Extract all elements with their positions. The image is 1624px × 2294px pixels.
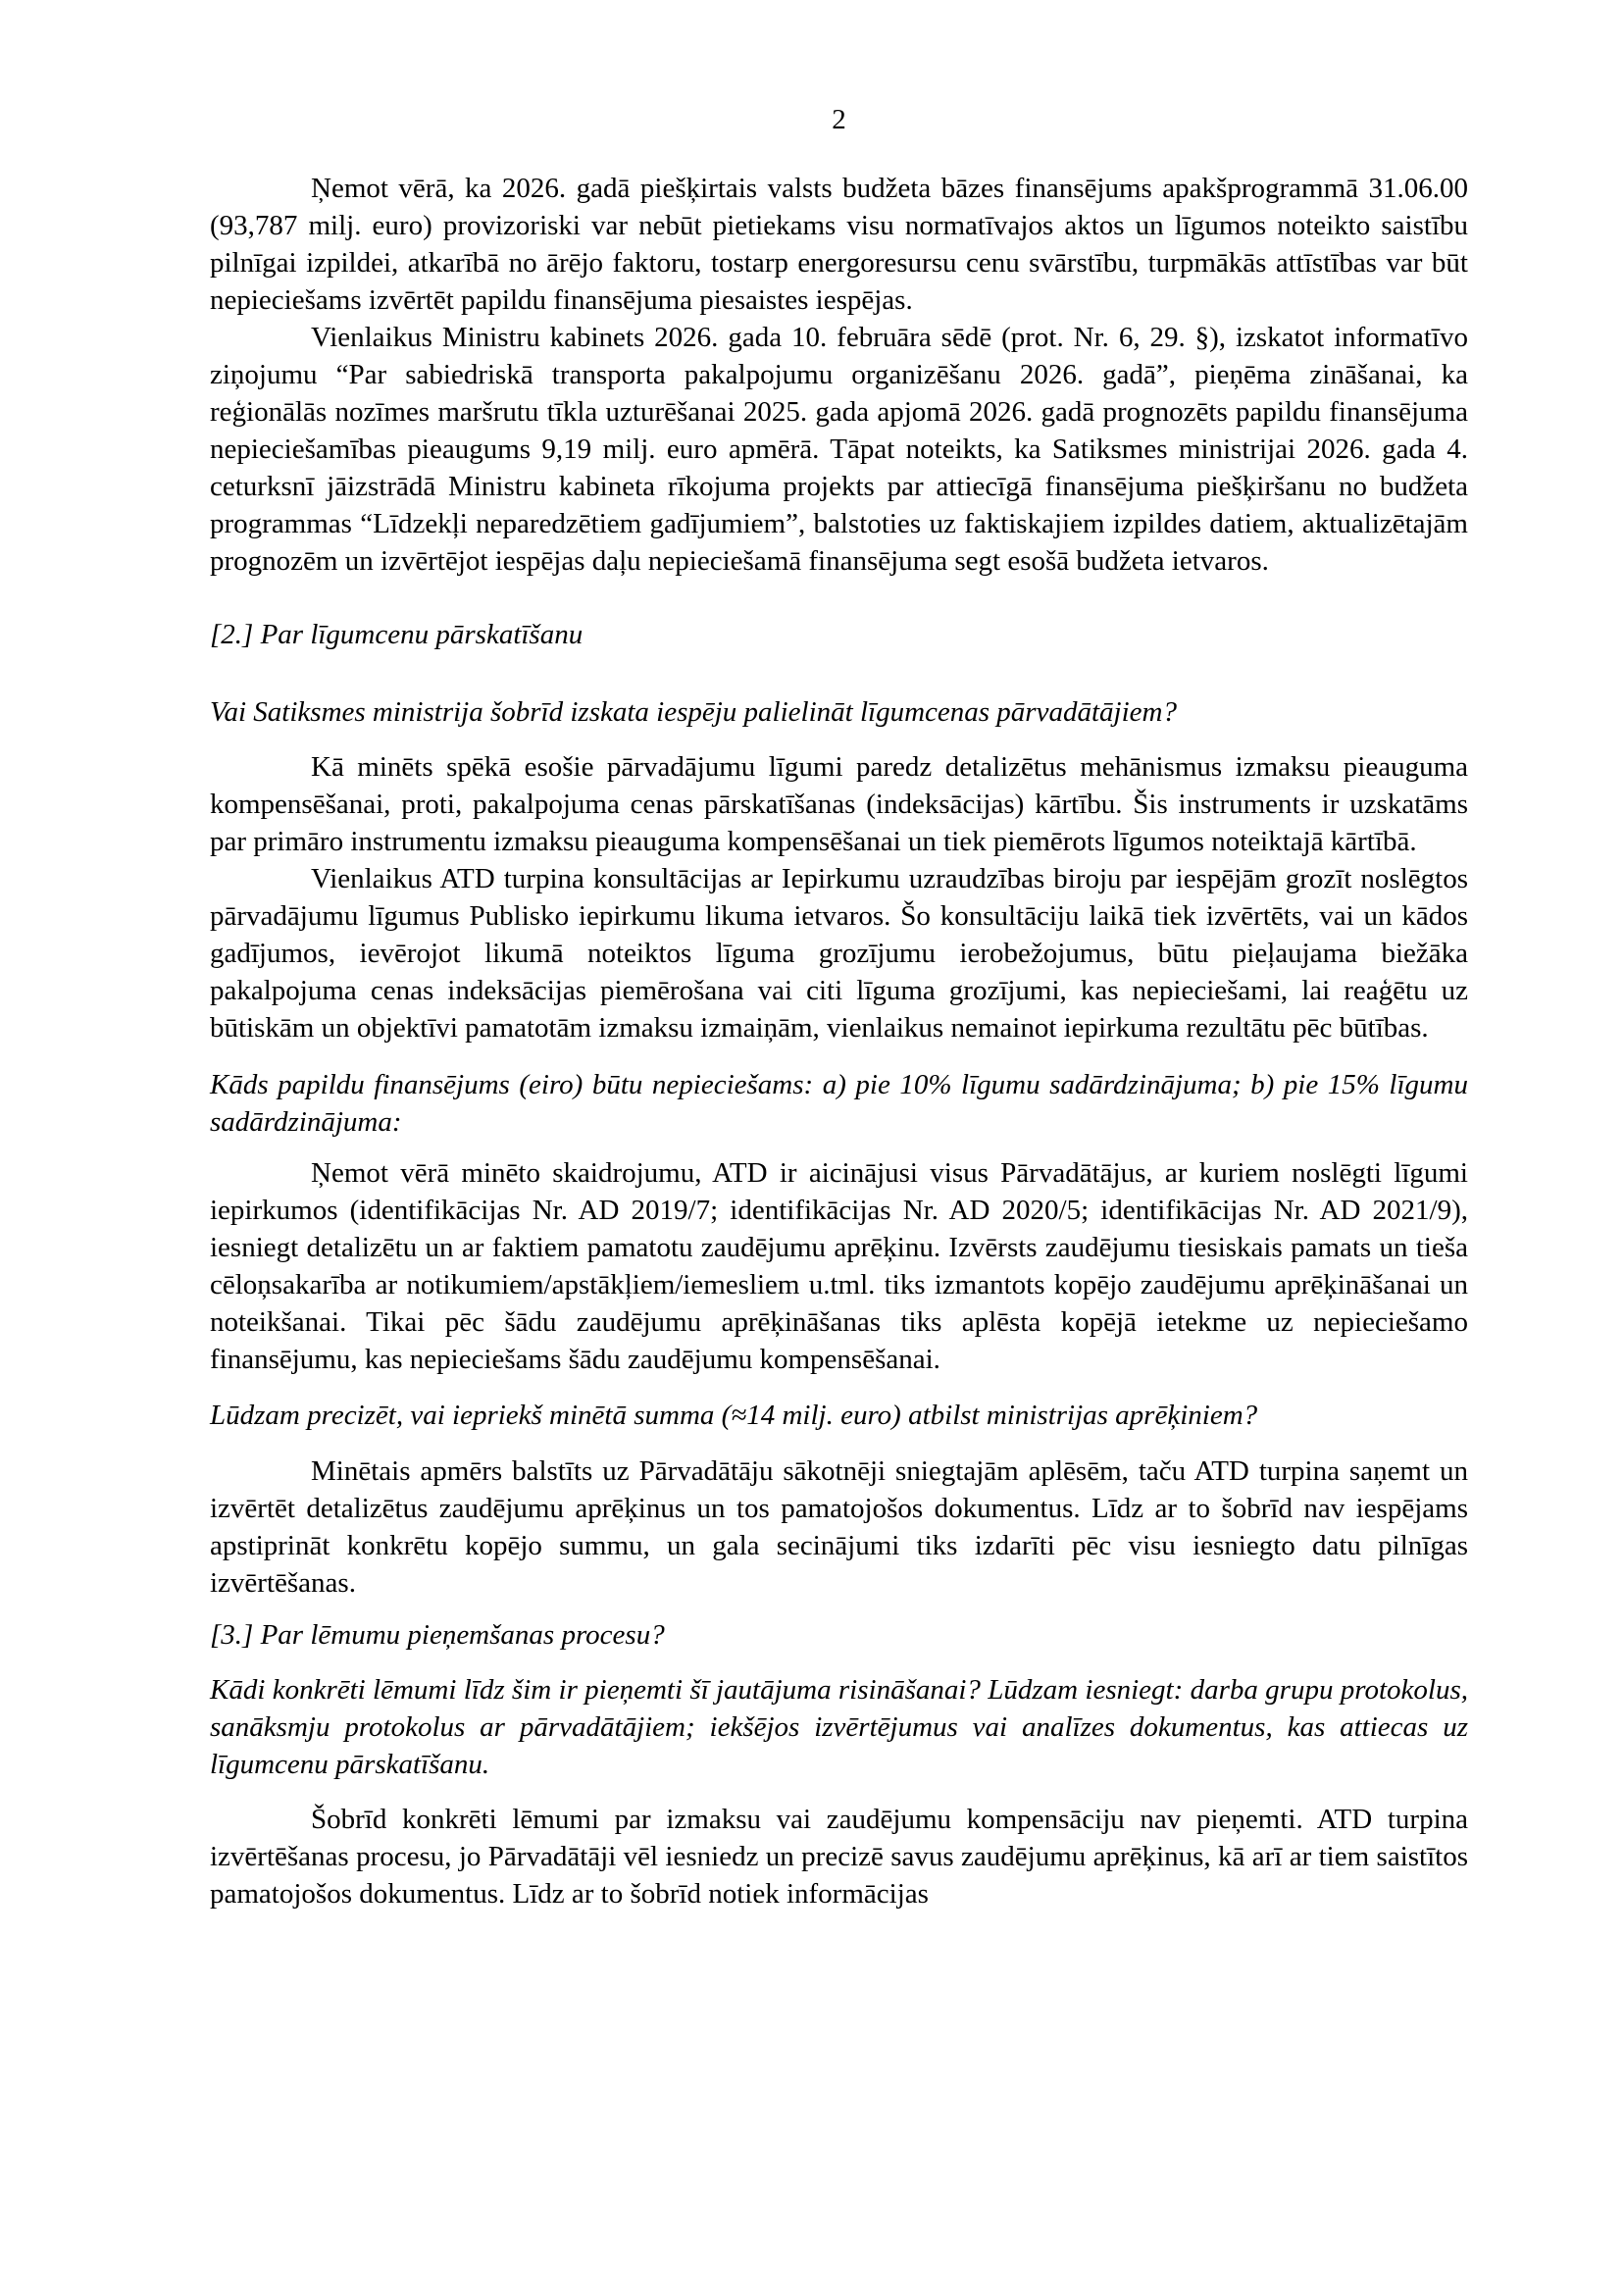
paragraph-no-decisions: Šobrīd konkrēti lēmumi par izmaksu vai z… (210, 1801, 1468, 1912)
paragraph-atd-consultations: Vienlaikus ATD turpina konsultācijas ar … (210, 860, 1468, 1046)
paragraph-cabinet-decision: Vienlaikus Ministru kabinets 2026. gada … (210, 319, 1468, 580)
question-contract-price-increase: Vai Satiksmes ministrija šobrīd izskata … (210, 693, 1468, 731)
paragraph-loss-calculations: Ņemot vērā minēto skaidrojumu, ATD ir ai… (210, 1154, 1468, 1378)
question-decisions-taken: Kādi konkrēti lēmumi līdz šim ir pieņemt… (210, 1671, 1468, 1783)
paragraph-estimate-basis: Minētais apmērs balstīts uz Pārvadātāju … (210, 1453, 1468, 1602)
paragraph-base-funding: Ņemot vērā, ka 2026. gadā piešķirtais va… (210, 170, 1468, 319)
section-3-heading: [3.] Par lēmumu pieņemšanas procesu? (210, 1616, 1468, 1654)
section-2-heading: [2.] Par līgumcenu pārskatīšanu (210, 616, 1468, 653)
question-sum-confirmation: Lūdzam precizēt, vai iepriekš minētā sum… (210, 1397, 1468, 1434)
paragraph-indexation-mechanism: Kā minēts spēkā esošie pārvadājumu līgum… (210, 748, 1468, 860)
page-number: 2 (210, 101, 1468, 138)
document-page: 2 Ņemot vērā, ka 2026. gadā piešķirtais … (0, 0, 1624, 2294)
question-additional-funding: Kāds papildu finansējums (eiro) būtu nep… (210, 1066, 1468, 1141)
